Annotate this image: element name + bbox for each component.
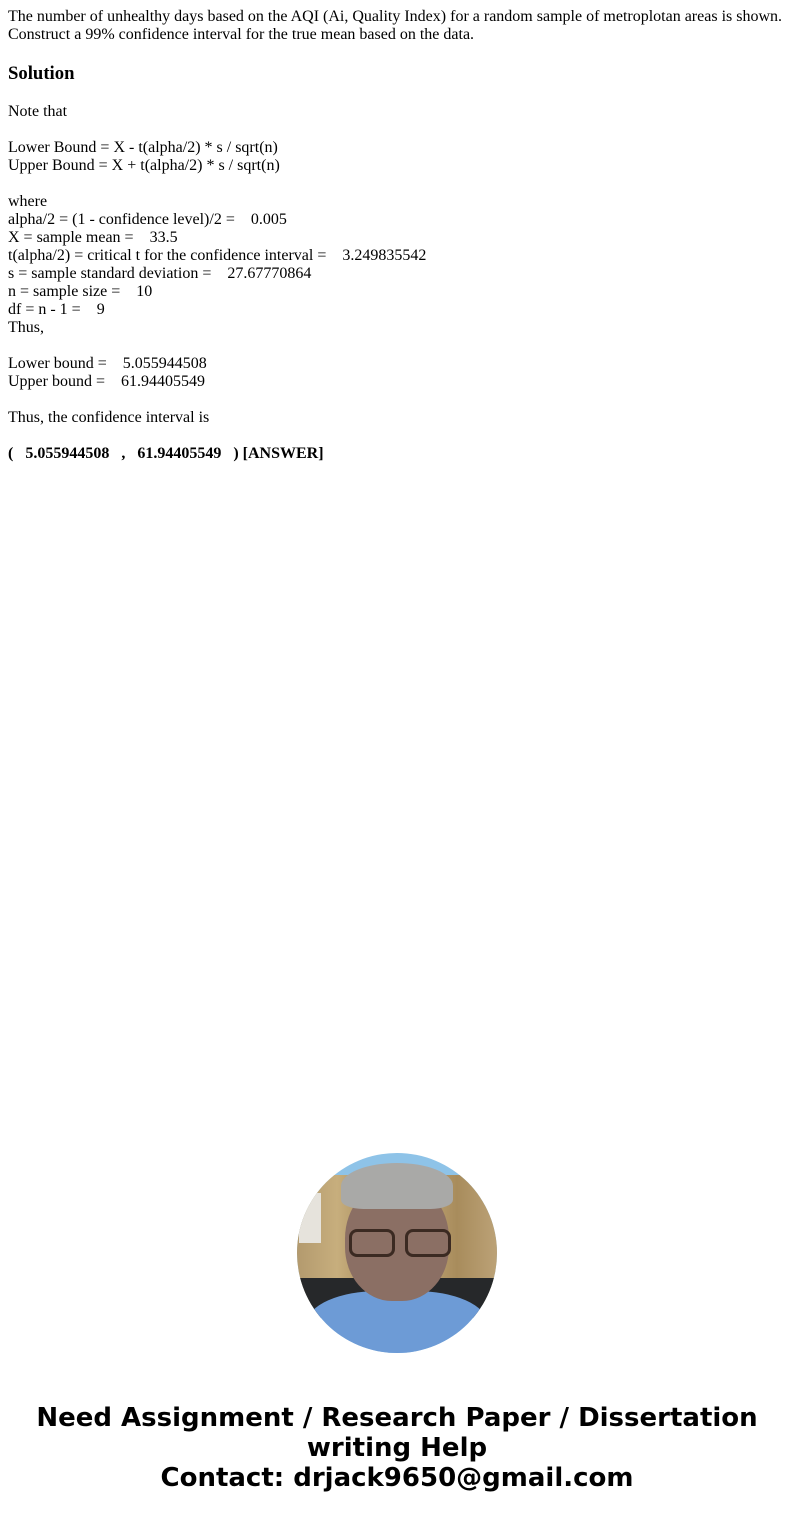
contact-banner: Need Assignment / Research Paper / Disse… — [0, 1403, 794, 1493]
glasses-icon — [349, 1229, 395, 1257]
final-answer: ( 5.055944508 , 61.94405549 ) [ANSWER] — [8, 445, 788, 463]
bound-label: Lower bound = — [8, 355, 107, 372]
document-content: The number of unhealthy days based on th… — [8, 8, 788, 463]
definition-label: s = sample standard deviation = — [8, 265, 211, 282]
definition-value: 33.5 — [150, 229, 178, 246]
banner-contact: Contact: drjack9650@gmail.com — [0, 1463, 794, 1493]
upper-bound-result: Upper bound = 61.94405549 — [8, 373, 788, 391]
banner-line-1: Need Assignment / Research Paper / Disse… — [0, 1403, 794, 1433]
answer-lower: 5.055944508 — [25, 445, 109, 462]
question: The number of unhealthy days based on th… — [8, 8, 788, 44]
definition-label: df = n - 1 = — [8, 301, 81, 318]
answer-close-paren: ) — [233, 445, 238, 462]
author-avatar — [297, 1153, 497, 1353]
banner-line-2: writing Help — [0, 1433, 794, 1463]
definition-label: alpha/2 = (1 - confidence level)/2 = — [8, 211, 235, 228]
definition-value: 27.67770864 — [227, 265, 311, 282]
definition-alpha: alpha/2 = (1 - confidence level)/2 = 0.0… — [8, 211, 788, 229]
question-text: The number of unhealthy days based on th… — [8, 8, 788, 44]
definition-critical-t: t(alpha/2) = critical t for the confiden… — [8, 247, 788, 265]
definition-label: X = sample mean = — [8, 229, 134, 246]
definition-std-dev: s = sample standard deviation = 27.67770… — [8, 265, 788, 283]
answer-upper: 61.94405549 — [137, 445, 221, 462]
lower-bound-result: Lower bound = 5.055944508 — [8, 355, 788, 373]
definition-sample-size: n = sample size = 10 — [8, 283, 788, 301]
definition-value: 10 — [136, 283, 152, 300]
definition-label: n = sample size = — [8, 283, 120, 300]
definition-value: 9 — [97, 301, 105, 318]
bound-label: Upper bound = — [8, 373, 105, 390]
where-label: where — [8, 193, 788, 211]
answer-open-paren: ( — [8, 445, 13, 462]
upper-bound-formula: Upper Bound = X + t(alpha/2) * s / sqrt(… — [8, 157, 788, 175]
definition-mean: X = sample mean = 33.5 — [8, 229, 788, 247]
definition-value: 0.005 — [251, 211, 287, 228]
solution-heading: Solution — [8, 63, 788, 85]
definition-value: 3.249835542 — [342, 247, 426, 264]
bound-value: 61.94405549 — [121, 373, 205, 390]
answer-separator: , — [121, 445, 125, 462]
answer-tag: [ANSWER] — [243, 445, 324, 462]
lower-bound-formula: Lower Bound = X - t(alpha/2) * s / sqrt(… — [8, 139, 788, 157]
interval-intro: Thus, the confidence interval is — [8, 409, 788, 427]
note-text: Note that — [8, 103, 788, 121]
definition-df: df = n - 1 = 9 — [8, 301, 788, 319]
bound-value: 5.055944508 — [123, 355, 207, 372]
definition-label: t(alpha/2) = critical t for the confiden… — [8, 247, 326, 264]
solution-body: Note that Lower Bound = X - t(alpha/2) *… — [8, 103, 788, 463]
thus-label: Thus, — [8, 319, 788, 337]
